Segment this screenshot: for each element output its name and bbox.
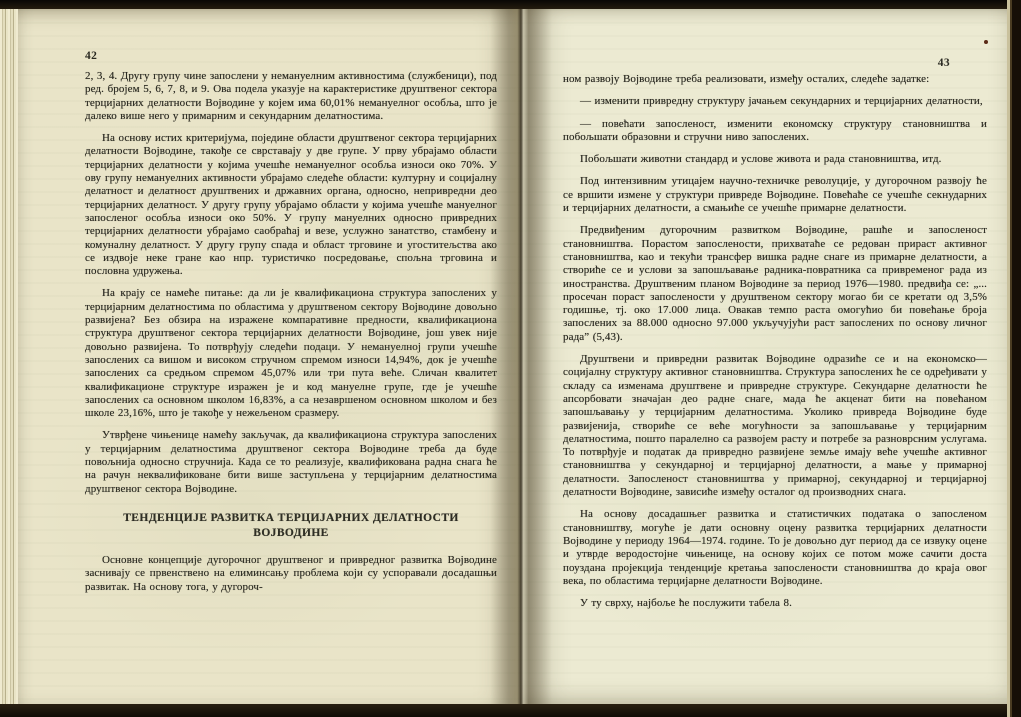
paragraph: ном развоју Војводине треба реализовати,… (563, 73, 987, 86)
paragraph: На крају се намеће питање: да ли је квал… (85, 287, 497, 420)
list-item-dash: — повећати запосленост, изменити економс… (563, 118, 987, 145)
paper-speck (984, 40, 988, 44)
paragraph: У ту сврху, најбоље ће послужити табела … (563, 597, 987, 610)
paragraph: Предвиђеним дугорочним развитком Војводи… (563, 224, 987, 344)
paragraph: На основу досадашњег развитка и статисти… (563, 508, 987, 588)
stacked-page-edges-left (0, 6, 20, 708)
section-heading-line2: ВОЈВОДИНЕ (253, 527, 328, 539)
photo-border-top (0, 0, 1021, 9)
section-heading-line1: ТЕНДЕНЦИЈЕ РАЗВИТКА ТЕРЦИЈАРНИХ ДЕЛАТНОС… (123, 512, 459, 524)
book-spread: 42 2, 3, 4. Другу групу чине запослени у… (0, 0, 1021, 717)
right-page: 43 ном развоју Војводине треба реализова… (520, 9, 1010, 704)
list-item-dash: — изменити привредну структуру јачањем с… (563, 95, 987, 108)
paragraph: Друштвени и привредни развитак Војводине… (563, 353, 987, 499)
left-page: 42 2, 3, 4. Другу групу чине запослени у… (18, 9, 520, 704)
paragraph: Побољшати животни стандард и услове живо… (563, 153, 987, 166)
paragraph: На основу истих критеријума, поједине об… (85, 132, 497, 278)
photo-border-bottom (0, 704, 1021, 717)
section-heading: ТЕНДЕНЦИЈЕ РАЗВИТКА ТЕРЦИЈАРНИХ ДЕЛАТНОС… (85, 511, 497, 541)
right-page-text-block: ном развоју Војводине треба реализовати,… (563, 9, 987, 610)
paragraph: Утврђене чињенице намећу закључак, да кв… (85, 429, 497, 495)
paragraph: Основне концепције дугорочног друштвеног… (85, 554, 497, 594)
page-number-right: 43 (938, 57, 950, 69)
photo-border-right (1007, 0, 1021, 717)
left-page-text-block: 2, 3, 4. Другу групу чине запослени у не… (85, 70, 497, 594)
page-number-left: 42 (85, 9, 497, 62)
paragraph: 2, 3, 4. Другу групу чине запослени у не… (85, 70, 497, 123)
paragraph: Под интензивним утицајем научно-техничке… (563, 175, 987, 215)
